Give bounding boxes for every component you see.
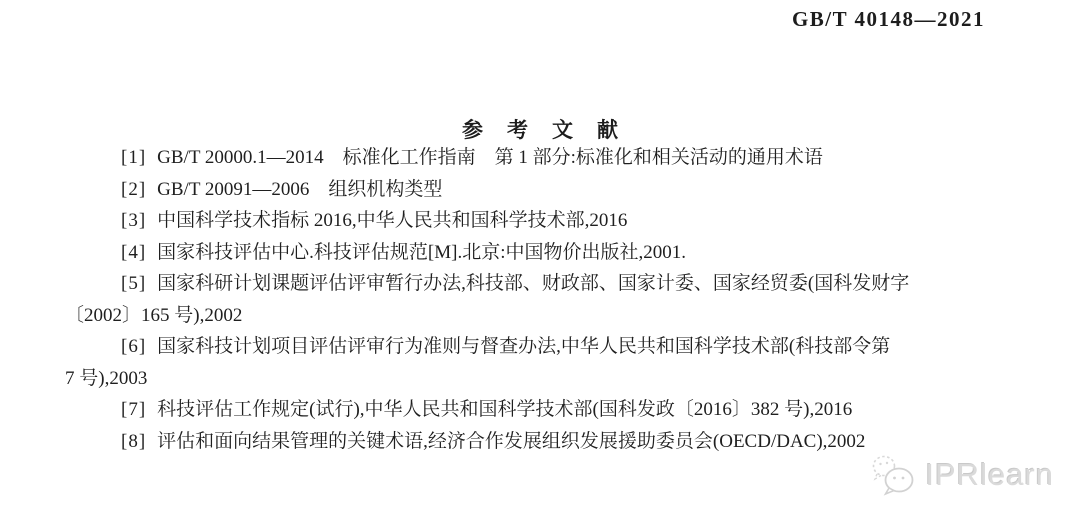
reference-label: [7] <box>121 399 146 420</box>
reference-label: [1] <box>121 147 146 168</box>
watermark-brand: IPRlearn <box>925 457 1054 493</box>
reference-text: 国家科技计划项目评估评审行为准则与督查办法,中华人民共和国科学技术部(科技部令第 <box>157 336 890 357</box>
reference-item: [8]评估和面向结果管理的关键术语,经济合作发展组织发展援助委员会(OECD/D… <box>65 426 987 458</box>
document-page: GB/T 40148—2021 参考文献 [1]GB/T 20000.1—201… <box>0 0 1080 519</box>
reference-label: [3] <box>121 210 146 231</box>
reference-text: 中国科学技术指标 2016,中华人民共和国科学技术部,2016 <box>157 210 627 231</box>
references-list: [1]GB/T 20000.1—2014 标准化工作指南 第 1 部分:标准化和… <box>65 142 987 457</box>
watermark: IPRlearn <box>870 453 1054 497</box>
reference-item: [6]国家科技计划项目评估评审行为准则与督查办法,中华人民共和国科学技术部(科技… <box>65 331 987 394</box>
reference-text: 国家科研计划课题评估评审暂行办法,科技部、财政部、国家计委、国家经贸委(国科发财… <box>157 273 909 294</box>
reference-item: [2]GB/T 20091—2006 组织机构类型 <box>65 174 987 206</box>
reference-text-continued: 7 号),2003 <box>65 363 987 395</box>
reference-label: [2] <box>121 179 146 200</box>
reference-text: GB/T 20000.1—2014 标准化工作指南 第 1 部分:标准化和相关活… <box>157 147 823 168</box>
reference-item: [4]国家科技评估中心.科技评估规范[M].北京:中国物价出版社,2001. <box>65 237 987 269</box>
reference-text-continued: 〔2002〕165 号),2002 <box>65 300 987 332</box>
reference-text: GB/T 20091—2006 组织机构类型 <box>157 179 442 200</box>
reference-item: [7]科技评估工作规定(试行),中华人民共和国科学技术部(国科发政〔2016〕3… <box>65 394 987 426</box>
chat-bubbles-icon <box>870 453 918 497</box>
reference-text: 评估和面向结果管理的关键术语,经济合作发展组织发展援助委员会(OECD/DAC)… <box>157 431 865 452</box>
reference-text: 科技评估工作规定(试行),中华人民共和国科学技术部(国科发政〔2016〕382 … <box>157 399 852 420</box>
standard-number: GB/T 40148—2021 <box>792 7 985 32</box>
reference-item: [3]中国科学技术指标 2016,中华人民共和国科学技术部,2016 <box>65 205 987 237</box>
reference-item: [5]国家科研计划课题评估评审暂行办法,科技部、财政部、国家计委、国家经贸委(国… <box>65 268 987 331</box>
reference-label: [8] <box>121 431 146 452</box>
reference-item: [1]GB/T 20000.1—2014 标准化工作指南 第 1 部分:标准化和… <box>65 142 987 174</box>
reference-label: [6] <box>121 336 146 357</box>
reference-label: [5] <box>121 273 146 294</box>
reference-text: 国家科技评估中心.科技评估规范[M].北京:中国物价出版社,2001. <box>157 242 686 263</box>
reference-label: [4] <box>121 242 146 263</box>
references-title: 参考文献 <box>0 114 1080 144</box>
